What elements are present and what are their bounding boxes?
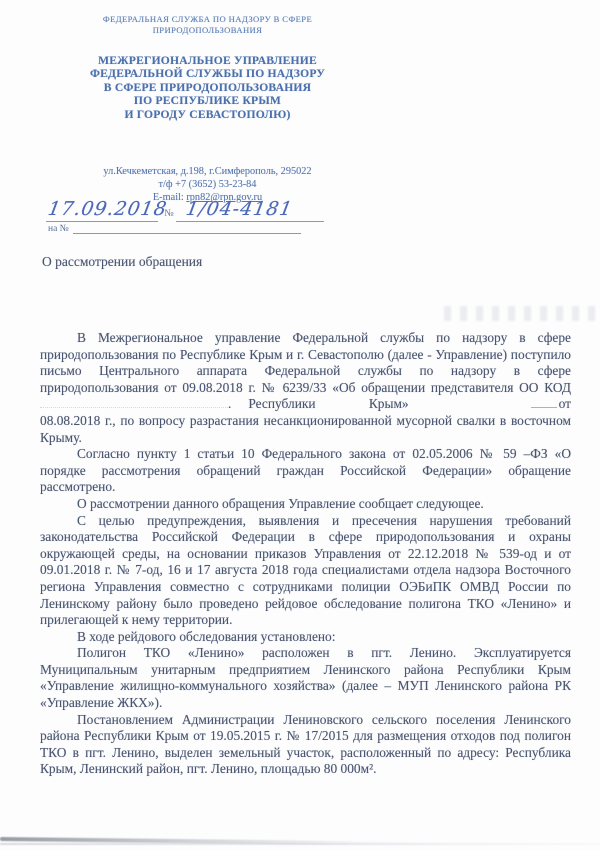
handwritten-number: 1/04-4181	[176, 198, 328, 222]
org-name-line: И ГОРОДУ СЕВАСТОПОЛЮ)	[40, 108, 375, 121]
subject-line: О рассмотрении обращения	[42, 254, 202, 270]
org-name-line: ФЕДЕРАЛЬНОЙ СЛУЖБЫ ПО НАДЗОРУ	[40, 67, 375, 80]
redacted-gap	[40, 399, 228, 408]
postal-address: ул.Кечкеметская, д.198, г.Симферополь, 2…	[40, 165, 375, 178]
parent-agency-name: ФЕДЕРАЛЬНАЯ СЛУЖБА ПО НАДЗОРУ В СФЕРЕ ПР…	[77, 14, 339, 36]
paragraph-landfill: Полигон ТКО «Ленино» расположен в пгт. Л…	[40, 645, 571, 711]
reply-to-blank-line	[73, 223, 301, 234]
letterhead: ФЕДЕРАЛЬНАЯ СЛУЖБА ПО НАДЗОРУ В СФЕРЕ ПР…	[40, 14, 375, 204]
letter-body: В Межрегиональное управление Федеральной…	[40, 330, 571, 778]
redacted-gap	[231, 400, 248, 408]
org-name: МЕЖРЕГИОНАЛЬНОЕ УПРАВЛЕНИЕ ФЕДЕРАЛЬНОЙ С…	[40, 54, 375, 121]
paragraph-raid: С целью предупреждения, выявления и прес…	[40, 513, 571, 629]
blank-underline	[531, 399, 557, 408]
handwritten-date: 17.09.2018	[46, 198, 162, 222]
org-name-line: В СФЕРЕ ПРИРОДОПОЛЬЗОВАНИЯ	[40, 81, 375, 94]
paragraph-findings-intro: В ходе рейдового обследования установлен…	[40, 629, 571, 646]
org-name-line: МЕЖРЕГИОНАЛЬНОЕ УПРАВЛЕНИЕ	[40, 54, 375, 67]
intro-rest: 08.08.2018 г., по вопросу разрастания не…	[40, 413, 571, 445]
paragraph-land-plot: Постановлением Администрации Лениновског…	[40, 712, 571, 778]
scanned-letter-page: ФЕДЕРАЛЬНАЯ СЛУЖБА ПО НАДЗОРУ В СФЕРЕ ПР…	[0, 0, 600, 850]
scan-edge-shadow-faint	[0, 843, 600, 845]
outgoing-number-row: 17.09.2018 № 1/04-4181	[48, 198, 326, 222]
intro-ot: от	[559, 396, 571, 411]
redacted-gap	[409, 400, 531, 408]
paragraph-law: Согласно пункту 1 статьи 10 Федерального…	[40, 446, 571, 496]
intro-text: В Межрегиональное управление Федеральной…	[40, 330, 571, 395]
org-name-line: ПО РЕСПУБЛИКЕ КРЫМ	[40, 94, 375, 107]
reply-to-label: на №	[48, 224, 69, 234]
reference-block: 17.09.2018 № 1/04-4181 на №	[48, 198, 326, 234]
scan-artifact-ghost-text	[444, 306, 596, 321]
phone-number: т/ф +7 (3652) 53-23-84	[40, 178, 375, 191]
paragraph-notice: О рассмотрении данного обращения Управле…	[40, 496, 571, 513]
intro-org-tail: Республики Крым»	[248, 396, 408, 411]
reply-to-row: на №	[48, 223, 326, 234]
paragraph-intro: В Межрегиональное управление Федеральной…	[40, 330, 571, 446]
